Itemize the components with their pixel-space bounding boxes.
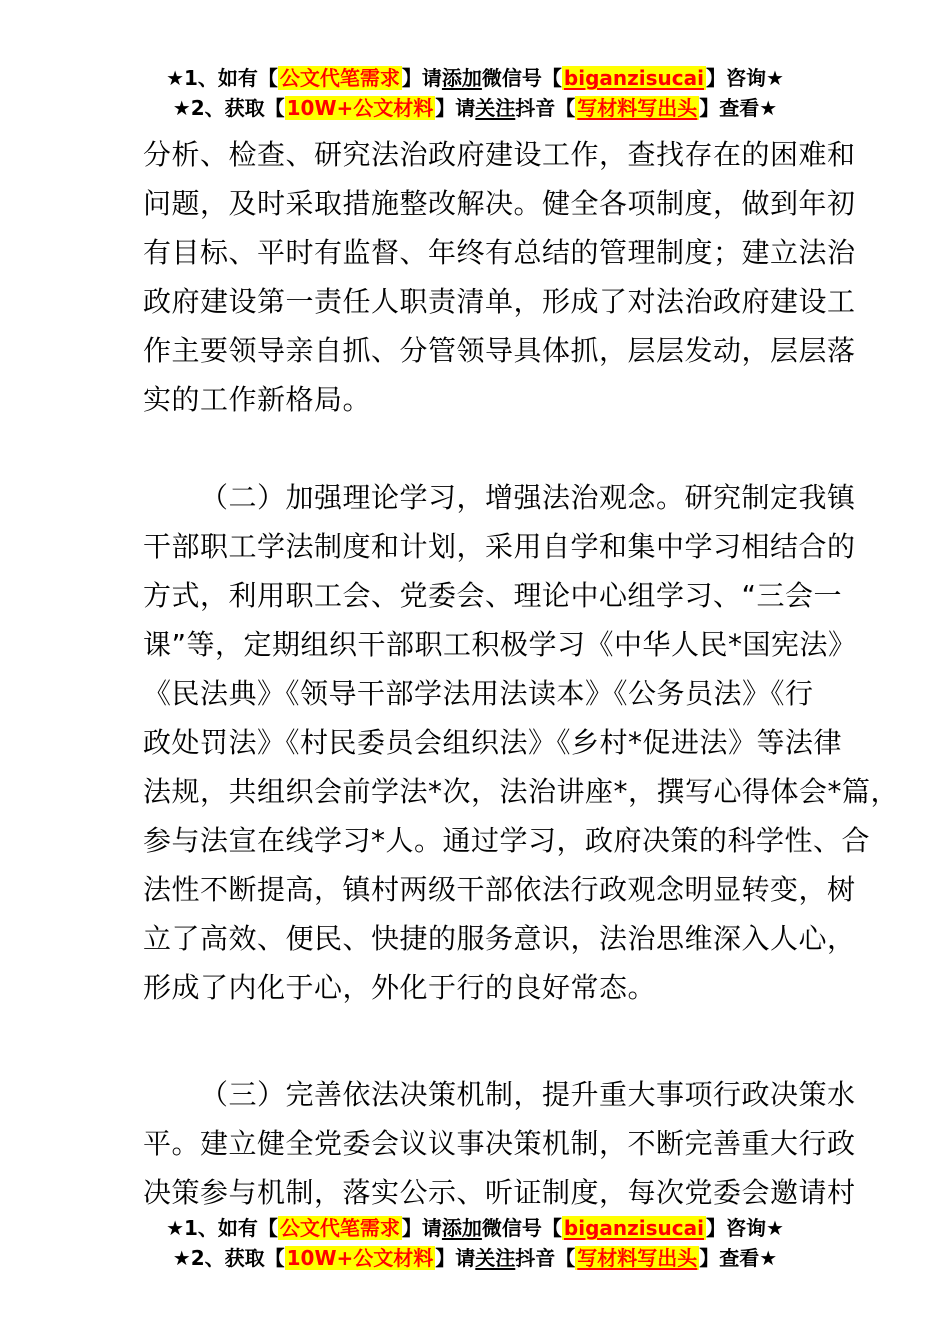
promo-underline-text: 添加: [442, 66, 482, 90]
promo-text: 】查看★: [699, 96, 777, 120]
paragraph-1: 分析、检查、研究法治政府建设工作，查找存在的困难和 问题，及时采取措施整改解决。…: [143, 130, 833, 424]
promo-highlight-term: 10W+公文材料: [285, 96, 436, 120]
body-text-line: （二）加强理论学习，增强法治观念。研究制定我镇: [143, 473, 833, 522]
body-text-line: 形成了内化于心，外化于行的良好常态。: [143, 963, 833, 1012]
body-text-line: 实的工作新格局。: [143, 375, 833, 424]
promo-text: ★2、获取【: [173, 1246, 285, 1270]
promo-text: 微信号: [482, 1216, 542, 1240]
body-text-line: 立了高效、便民、快捷的服务意识，法治思维深入人心，: [143, 914, 833, 963]
promo-footer-line-2: ★2、获取【10W+公文材料】请关注抖音【写材料写出头】查看★: [0, 1243, 950, 1273]
promo-text: 微信号: [482, 66, 542, 90]
promo-underline-text: 添加: [442, 1216, 482, 1240]
body-text-line: 政府建设第一责任人职责清单，形成了对法治政府建设工: [143, 277, 833, 326]
body-text-line: 平。建立健全党委会议议事决策机制，不断完善重大行政: [143, 1119, 833, 1168]
promo-text: 】查看★: [699, 1246, 777, 1270]
body-text-line: 决策参与机制，落实公示、听证制度，每次党委会邀请村: [143, 1168, 833, 1217]
body-text-line: 有目标、平时有监督、年终有总结的管理制度；建立法治: [143, 228, 833, 277]
promo-text: 【: [542, 1216, 562, 1240]
promo-douyin-id: 写材料写出头: [575, 96, 699, 120]
promo-text: 】请: [435, 96, 475, 120]
promo-text: 】咨询★: [706, 1216, 784, 1240]
promo-text: ★1、如有【: [166, 66, 278, 90]
body-text-line: 法规，共组织会前学法*次，法治讲座*，撰写心得体会*篇，: [143, 767, 833, 816]
promo-text: ★1、如有【: [166, 1216, 278, 1240]
body-text-line: （三）完善依法决策机制，提升重大事项行政决策水: [143, 1070, 833, 1119]
promo-text: 【: [542, 66, 562, 90]
body-text-line: 方式，利用职工会、党委会、理论中心组学习、“三会一: [143, 571, 833, 620]
promo-highlight-term: 公文代笔需求: [278, 1216, 402, 1240]
promo-text: 【: [555, 96, 575, 120]
promo-text: 【: [555, 1246, 575, 1270]
promo-text: 抖音: [515, 96, 555, 120]
promo-text: 】咨询★: [706, 66, 784, 90]
body-text-line: 《民法典》《领导干部学法用法读本》《公务员法》《行: [143, 669, 833, 718]
body-text-line: 问题，及时采取措施整改解决。健全各项制度，做到年初: [143, 179, 833, 228]
body-text-line: 参与法宣在线学习*人。通过学习，政府决策的科学性、合: [143, 816, 833, 865]
promo-text: 】请: [435, 1246, 475, 1270]
promo-text: ★2、获取【: [173, 96, 285, 120]
promo-footer-line-1: ★1、如有【公文代笔需求】请添加微信号【biganzisucai】咨询★: [0, 1213, 950, 1243]
document-page: ★1、如有【公文代笔需求】请添加微信号【biganzisucai】咨询★ ★2、…: [0, 0, 950, 1344]
promo-header: ★1、如有【公文代笔需求】请添加微信号【biganzisucai】咨询★ ★2、…: [0, 63, 950, 123]
body-text-line: 干部职工学法制度和计划，采用自学和集中学习相结合的: [143, 522, 833, 571]
promo-text: 抖音: [515, 1246, 555, 1270]
promo-underline-text: 关注: [475, 96, 515, 120]
body-text-line: 分析、检查、研究法治政府建设工作，查找存在的困难和: [143, 130, 833, 179]
body-text-line: 作主要领导亲自抓、分管领导具体抓，层层发动，层层落: [143, 326, 833, 375]
promo-footer: ★1、如有【公文代笔需求】请添加微信号【biganzisucai】咨询★ ★2、…: [0, 1213, 950, 1273]
promo-wechat-id: biganzisucai: [562, 66, 706, 90]
body-text-line: 政处罚法》《村民委员会组织法》《乡村*促进法》等法律: [143, 718, 833, 767]
promo-text: 】请: [402, 66, 442, 90]
promo-wechat-id: biganzisucai: [562, 1216, 706, 1240]
promo-highlight-term: 10W+公文材料: [285, 1246, 436, 1270]
promo-highlight-term: 公文代笔需求: [278, 66, 402, 90]
promo-header-line-1: ★1、如有【公文代笔需求】请添加微信号【biganzisucai】咨询★: [0, 63, 950, 93]
promo-douyin-id: 写材料写出头: [575, 1246, 699, 1270]
paragraph-3: （三）完善依法决策机制，提升重大事项行政决策水 平。建立健全党委会议议事决策机制…: [143, 1070, 833, 1217]
paragraph-2: （二）加强理论学习，增强法治观念。研究制定我镇 干部职工学法制度和计划，采用自学…: [143, 473, 833, 1012]
promo-text: 】请: [402, 1216, 442, 1240]
promo-underline-text: 关注: [475, 1246, 515, 1270]
promo-header-line-2: ★2、获取【10W+公文材料】请关注抖音【写材料写出头】查看★: [0, 93, 950, 123]
body-text-line: 课”等，定期组织干部职工积极学习《中华人民*国宪法》: [143, 620, 833, 669]
body-text-line: 法性不断提高，镇村两级干部依法行政观念明显转变，树: [143, 865, 833, 914]
